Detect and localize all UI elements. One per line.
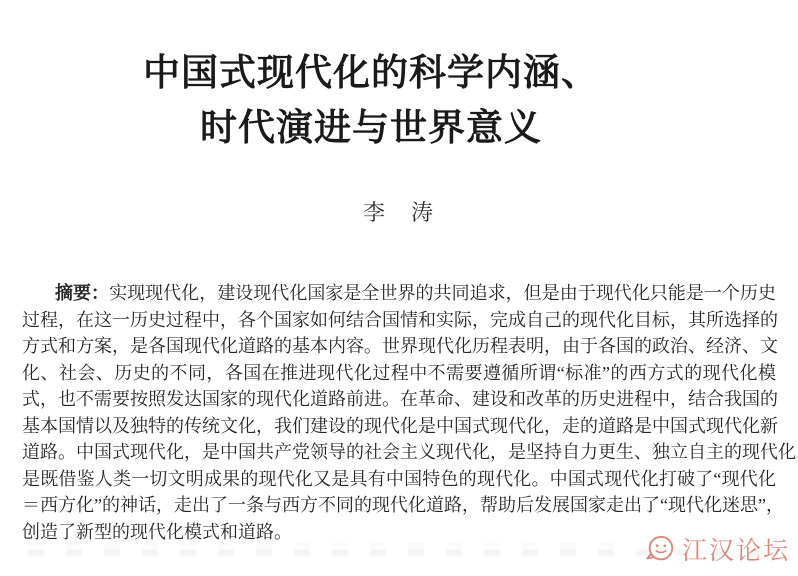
scanned-article-page: 中国式现代化的科学内涵、 时代演进与世界意义 李 涛 摘要：实现现代化，建设现代…	[0, 0, 798, 576]
abstract-line: 是既借鉴人类一切文明成果的现代化又是具有中国特色的现代化。中国式现代化打破了“现…	[22, 466, 776, 493]
watermark-text: 江汉论坛	[682, 531, 790, 567]
abstract-line: 过程，在这一历史过程中，各个国家如何结合国情和实际，完成自己的现代化目标，其所选…	[22, 307, 776, 334]
title-line-2: 时代演进与世界意义	[0, 101, 742, 156]
author-name: 李 涛	[0, 196, 798, 227]
abstract-line-text: 实现现代化，建设现代化国家是全世界的共同追求，但是由于现代化只能是一个历史	[109, 283, 776, 303]
scan-artifact-row	[28, 543, 618, 546]
journal-watermark: 江汉论坛	[644, 531, 790, 567]
abstract-line: 摘要：实现现代化，建设现代化国家是全世界的共同追求，但是由于现代化只能是一个历史	[22, 280, 776, 307]
abstract-line: 式，也不需要按照发达国家的现代化道路前进。在革命、建设和改革的历史进程中，结合我…	[22, 386, 776, 413]
abstract-line: 道路。中国式现代化，是中国共产党领导的社会主义现代化，是坚持自力更生、独立自主的…	[22, 439, 776, 466]
abstract-line: ＝西方化”的神话，走出了一条与西方不同的现代化道路，帮助后发展国家走出了“现代化…	[22, 492, 776, 519]
abstract-line: 化、社会、历史的不同，各国在推进现代化过程中不需要遵循所谓“标准”的西方式的现代…	[22, 360, 776, 387]
chat-bubble-face-icon	[644, 533, 676, 565]
abstract-line: 方式和方案，是各国现代化道路的基本内容。世界现代化历程表明，由于各国的政治、经济…	[22, 333, 776, 360]
abstract-paragraph: 摘要：实现现代化，建设现代化国家是全世界的共同追求，但是由于现代化只能是一个历史…	[22, 280, 776, 545]
abstract-label: 摘要：	[55, 283, 109, 303]
title-line-1: 中国式现代化的科学内涵、	[0, 46, 742, 101]
abstract-line: 基本国情以及独特的传统文化，我们建设的现代化是中国式现代化，走的道路是中国式现代…	[22, 413, 776, 440]
article-title: 中国式现代化的科学内涵、 时代演进与世界意义	[0, 46, 742, 156]
